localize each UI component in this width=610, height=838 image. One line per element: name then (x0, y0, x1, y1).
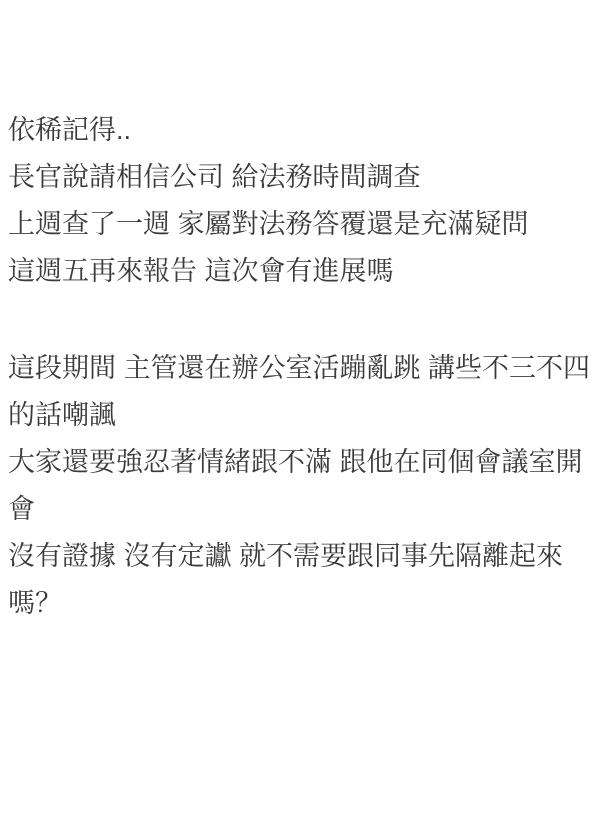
post-line: 這段期間 主管還在辦公室活蹦亂跳 講些不三不四的話嘲諷 (8, 345, 596, 439)
post-line: 沒有證據 沒有定讞 就不需要跟同事先隔離起來嗎？ (8, 533, 596, 627)
post-line: 長官說請相信公司 給法務時間調查 (8, 154, 596, 201)
post-line: 上週查了一週 家屬對法務答覆還是充滿疑問 (8, 201, 596, 248)
post-line: 這週五再來報告 這次會有進展嗎 (8, 248, 596, 295)
post-paragraph-1: 依稀記得.. 長官說請相信公司 給法務時間調查 上週查了一週 家屬對法務答覆還是… (8, 107, 596, 295)
post-line: 大家還要強忍著情緒跟不滿 跟他在同個會議室開會 (8, 439, 596, 533)
post-line: 依稀記得.. (8, 107, 596, 154)
post-paragraph-2: 這段期間 主管還在辦公室活蹦亂跳 講些不三不四的話嘲諷 大家還要強忍著情緒跟不滿… (8, 345, 596, 627)
post-body: 依稀記得.. 長官說請相信公司 給法務時間調查 上週查了一週 家屬對法務答覆還是… (0, 0, 610, 627)
